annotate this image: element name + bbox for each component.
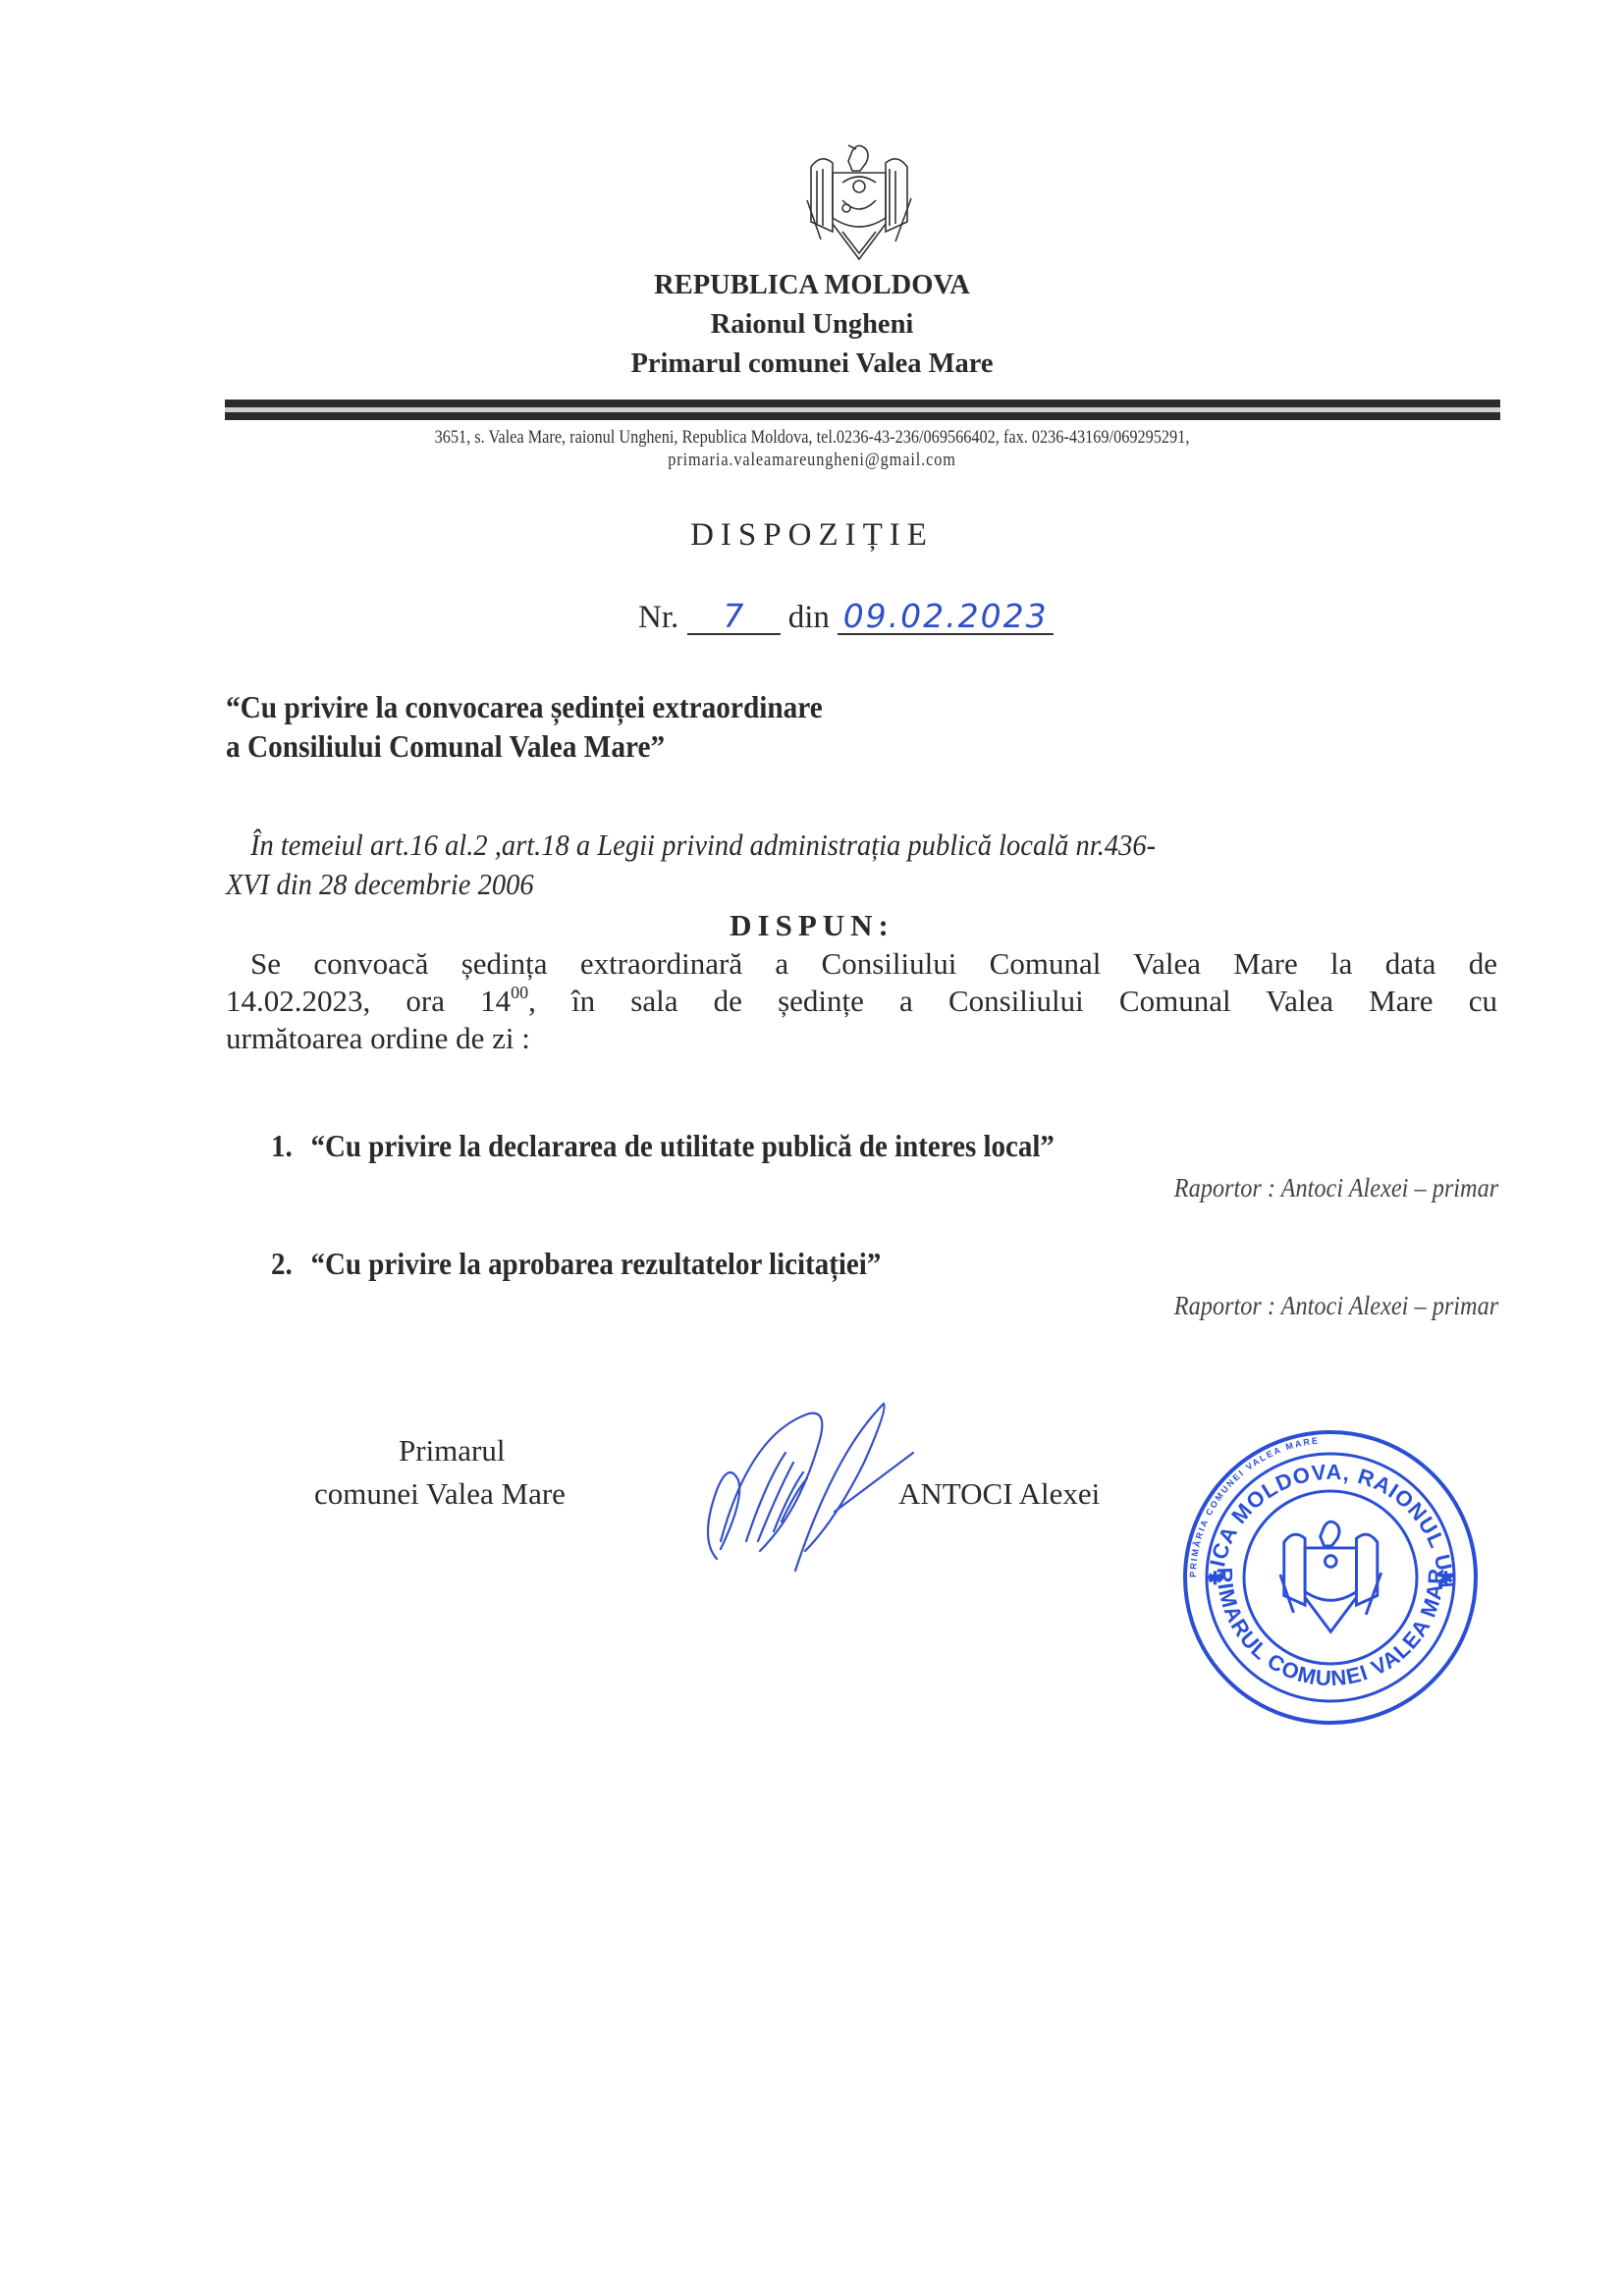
signatory-position-2: comunei Valea Mare [314, 1475, 566, 1513]
signatory-position-1: Primarul [399, 1432, 506, 1469]
body-line-2: 14.02.2023, ora 1400, în sala de ședințe… [226, 983, 1497, 1020]
agenda-item-number: 2. [271, 1246, 310, 1283]
document-title: DISPOZIȚIE [0, 517, 1624, 554]
svg-text:✱: ✱ [1438, 1569, 1453, 1588]
official-stamp-icon: PRIMĂRIA COMUNEI VALEA MARE REPUBLICA MO… [1178, 1425, 1483, 1730]
header-country: REPUBLICA MOLDOVA [0, 268, 1624, 303]
signature-icon [687, 1394, 923, 1580]
agenda-item-number: 1. [271, 1128, 310, 1165]
svg-text:✱: ✱ [1208, 1569, 1222, 1588]
agenda-item: 1.“Cu privire la declararea de utilitate… [271, 1128, 1055, 1165]
agenda-item: 2.“Cu privire la aprobarea rezultatelor … [271, 1246, 881, 1283]
header-rule-bottom [225, 412, 1500, 420]
agenda-item-title: “Cu privire la aprobarea rezultatelor li… [310, 1247, 881, 1281]
date-label: din [788, 600, 830, 635]
legal-basis-line-2: XVI din 28 decembrie 2006 [226, 866, 534, 903]
header-district: Raionul Ungheni [0, 307, 1624, 343]
agenda-item-reporter: Raportor : Antoci Alexei – primar [1174, 1290, 1498, 1321]
subject-line-2: a Consiliului Comunal Valea Mare” [226, 728, 665, 766]
agenda-item-title: “Cu privire la declararea de utilitate p… [310, 1129, 1054, 1163]
signatory-name: ANTOCI Alexei [898, 1475, 1100, 1513]
decision-heading: DISPUN: [0, 908, 1624, 943]
legal-basis-line-1: În temeiul art.16 al.2 ,art.18 a Legii p… [250, 827, 1156, 864]
meeting-time-minutes: 00 [511, 983, 528, 1002]
contact-address: 3651, s. Valea Mare, raionul Ungheni, Re… [97, 427, 1527, 449]
header-office: Primarul comunei Valea Mare [0, 347, 1624, 382]
meeting-location: , în sala de ședințe a Consiliului Comun… [528, 984, 1497, 1018]
body-line-3: următoarea ordine de zi : [226, 1020, 530, 1057]
number-value: 7 [687, 600, 781, 635]
subject-line-1: “Cu privire la convocarea ședinței extra… [226, 689, 823, 726]
meeting-date-time: 14.02.2023, ora 14 [226, 984, 511, 1018]
agenda-item-reporter: Raportor : Antoci Alexei – primar [1174, 1172, 1498, 1203]
date-value: 09.02.2023 [838, 600, 1054, 635]
contact-email: primaria.valeamareungheni@gmail.com [97, 450, 1527, 471]
coat-of-arms-icon [803, 137, 915, 263]
header-rule-top [225, 400, 1500, 407]
body-line-1: Se convoacă ședința extraordinară a Cons… [250, 945, 1497, 983]
number-label: Nr. [638, 600, 678, 635]
document-number-line: Nr. 7 din 09.02.2023 [638, 600, 1054, 636]
